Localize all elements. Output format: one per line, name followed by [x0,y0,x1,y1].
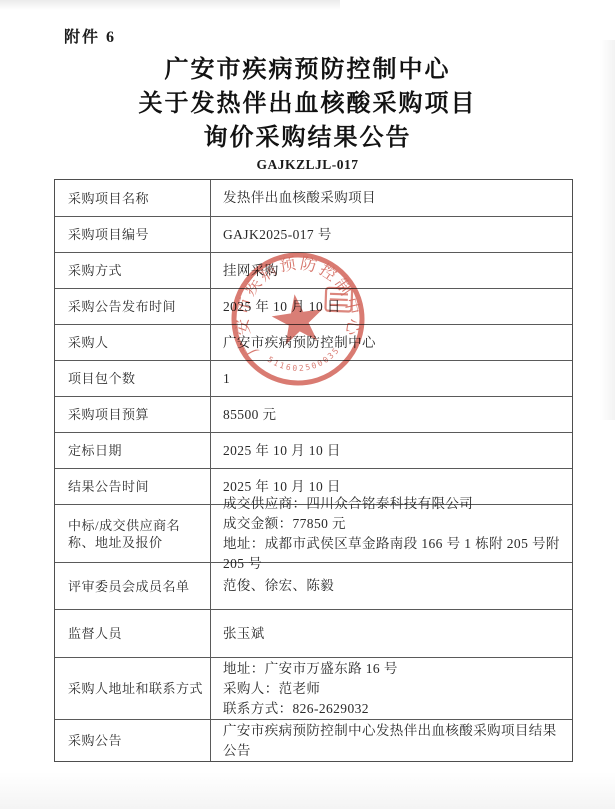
row-value-cell: 发热伴出血核酸采购项目 [211,180,572,216]
table-row: 中标/成交供应商名称、地址及报价 成交供应商：四川众合铭泰科技有限公司 成交金额… [55,504,572,562]
row-label-cell: 监督人员 [55,610,211,657]
row-value-cell: 85500 元 [211,397,572,432]
row-value: 1 [223,369,230,389]
row-value-cell: 广安市疾病预防控制中心发热伴出血核酸采购项目结果公告 [211,720,572,761]
table-row: 采购公告 广安市疾病预防控制中心发热伴出血核酸采购项目结果公告 [55,719,572,761]
row-label-cell: 结果公告时间 [55,469,211,504]
row-label-cell: 评审委员会成员名单 [55,563,211,609]
table-row: 评审委员会成员名单 范俊、徐宏、陈毅 [55,562,572,609]
star-icon [269,291,327,346]
row-value-cell: 成交供应商：四川众合铭泰科技有限公司 成交金额：77850 元 地址：成都市武侯… [211,505,572,562]
title-line-2: 关于发热伴出血核酸采购项目 [0,87,615,121]
row-label-cell: 中标/成交供应商名称、地址及报价 [55,505,211,562]
row-value-cell: 地址：广安市万盛东路 16 号 采购人：范老师 联系方式：826-2629032 [211,658,572,719]
row-label-cell: 项目包个数 [55,361,211,396]
table-row: 定标日期 2025 年 10 月 10 日 [55,432,572,468]
row-value: 张玉斌 [223,624,265,644]
row-label-cell: 采购方式 [55,253,211,288]
scan-smudge-top [0,0,340,10]
row-label-cell: 采购人 [55,325,211,360]
row-value-cell: 范俊、徐宏、陈毅 [211,563,572,609]
doc-title: 广安市疾病预防控制中心 关于发热伴出血核酸采购项目 询价采购结果公告 GAJKZ… [0,53,615,173]
row-label-cell: 采购项目预算 [55,397,211,432]
row-label-cell: 采购项目编号 [55,217,211,252]
row-value: 85500 元 [223,405,276,425]
row-value-cell: GAJK2025-017 号 [211,217,572,252]
official-stamp: 广安市疾病预防控制中心 511602500035 [219,240,377,398]
row-label-cell: 采购人地址和联系方式 [55,658,211,719]
official-stamp-svg: 广安市疾病预防控制中心 511602500035 [219,240,377,398]
table-row: 监督人员 张玉斌 [55,609,572,657]
table-row: 采购项目预算 85500 元 [55,396,572,432]
row-label-cell: 定标日期 [55,433,211,468]
row-value: 广安市疾病预防控制中心发热伴出血核酸采购项目结果公告 [223,721,564,761]
row-value: 地址：广安市万盛东路 16 号 采购人：范老师 联系方式：826-2629032 [223,659,398,719]
row-value: 发热伴出血核酸采购项目 [223,188,376,208]
doc-code: GAJKZLJL-017 [0,157,615,173]
document-page: 附件 6 广安市疾病预防控制中心 关于发热伴出血核酸采购项目 询价采购结果公告 … [0,0,615,809]
row-value-cell: 2025 年 10 月 10 日 [211,433,572,468]
title-line-3: 询价采购结果公告 [0,121,615,155]
row-value: 范俊、徐宏、陈毅 [223,576,334,596]
scan-smudge-bottom [0,772,615,809]
row-label-cell: 采购公告发布时间 [55,289,211,324]
row-label-cell: 采购项目名称 [55,180,211,216]
attachment-label: 附件 6 [64,24,116,47]
row-value-cell: 张玉斌 [211,610,572,657]
row-value: 2025 年 10 月 10 日 [223,441,341,461]
title-line-1: 广安市疾病预防控制中心 [0,53,615,87]
row-value: GAJK2025-017 号 [223,225,332,245]
table-row: 采购人地址和联系方式 地址：广安市万盛东路 16 号 采购人：范老师 联系方式：… [55,657,572,719]
row-value: 成交供应商：四川众合铭泰科技有限公司 成交金额：77850 元 地址：成都市武侯… [223,494,564,574]
table-row: 采购项目名称 发热伴出血核酸采购项目 [55,180,572,216]
row-label-cell: 采购公告 [55,720,211,761]
